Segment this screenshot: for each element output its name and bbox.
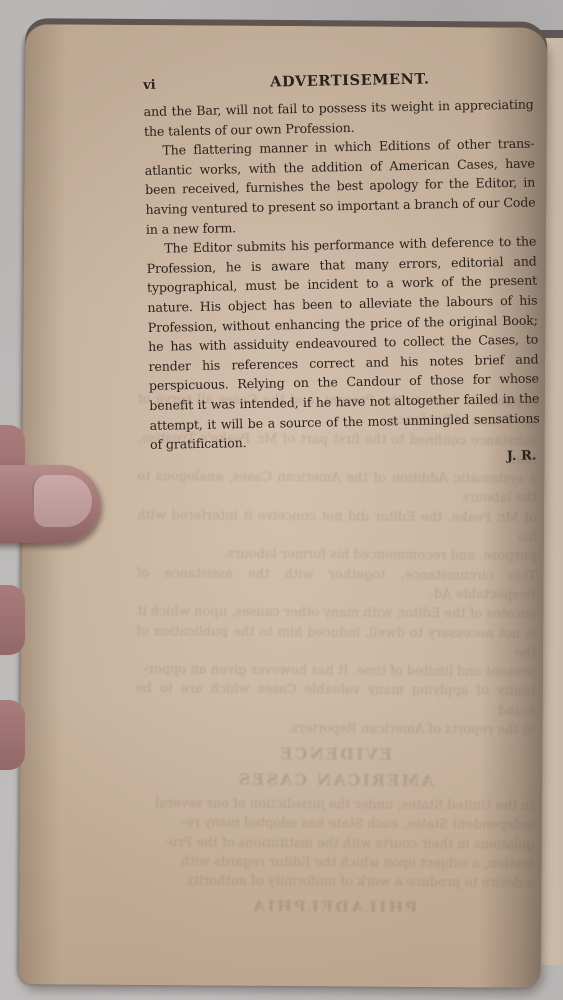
- bleed-heading: PHILADELPHIA: [134, 896, 534, 912]
- thumb: [0, 465, 100, 543]
- page-content: vi ADVERTISEMENT. and the Bar, will not …: [143, 69, 541, 471]
- bleed-line: independent States, each State has adopt…: [135, 813, 535, 835]
- page-stack-shadow: [540, 30, 563, 38]
- paragraph: The Editor submits his performance with …: [146, 232, 540, 455]
- bleed-line: gulations in their courts with the insti…: [135, 833, 535, 855]
- finger: [0, 585, 25, 655]
- paragraph: The flattering manner in which Editions …: [144, 134, 536, 239]
- bleed-line: of Mr. Peake, the Editor did not conceiv…: [137, 506, 537, 547]
- finger: [0, 700, 25, 770]
- page-number: vi: [143, 78, 156, 93]
- body-text: and the Bar, will not fail to possess it…: [143, 95, 540, 455]
- thumbnail: [32, 475, 92, 527]
- bleed-heading: AMERICAN CASES: [135, 769, 535, 791]
- bleed-heading: EVIDENCE: [135, 743, 535, 765]
- bleed-line: tunity of applying many valuable Cases w…: [136, 679, 536, 720]
- bleed-line: vocates of the Editor, with many other c…: [136, 602, 536, 624]
- bleed-line: a desire to produce a work of uniformity…: [134, 871, 534, 893]
- bleed-line: is not necessary to dwell, induced him t…: [136, 622, 536, 663]
- bleed-line: This circumstance, together with the ass…: [136, 564, 536, 605]
- bleed-line: a systematic Addition of the American Ca…: [137, 467, 537, 508]
- bleed-line: in the reports of American Reporters.: [135, 718, 535, 740]
- page-title: ADVERTISEMENT.: [270, 70, 430, 90]
